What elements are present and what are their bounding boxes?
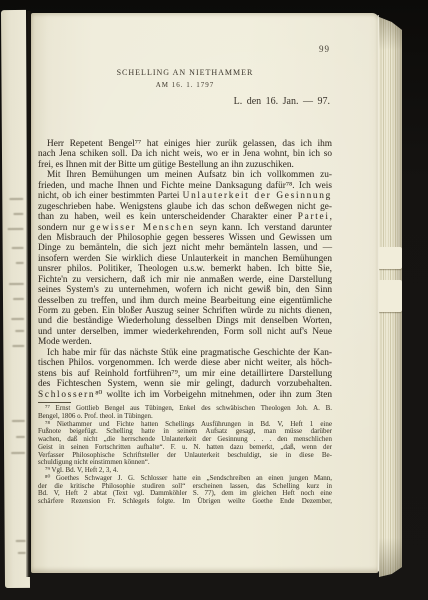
body-text-line: Herr Repetent Bengel⁷⁷ hat einiges hier … <box>38 139 332 149</box>
footnote-line: schärfere Rezension Fr. Schlegels folgte… <box>38 498 332 506</box>
body-text-line: zugeschrieben habe. Wenigstens glaube ic… <box>38 202 332 212</box>
fore-edge-page-stack <box>379 17 402 577</box>
body-text-line: den Misbrauch der Philosophie gegen bess… <box>38 233 332 243</box>
letter-heading: SCHELLING AN NIETHAMMER <box>38 68 332 77</box>
letterspaced-text: Schlossern <box>38 390 95 400</box>
body-text-line: stens bis auf Reinhold fortführen⁷⁹, um … <box>38 369 332 379</box>
letter-heading-date: AM 16. 1. 1797 <box>38 81 332 89</box>
letter-body: Herr Repetent Bengel⁷⁷ hat einiges hier … <box>38 139 332 400</box>
ghost-text-line <box>13 213 23 215</box>
body-text-line: seines System's zu unternehmen, wofern i… <box>38 285 332 295</box>
footnote-separator-rule <box>38 402 71 403</box>
ghost-text-line <box>12 420 25 422</box>
body-text-line: tischen Philos. vorgenommen. Ich werde d… <box>38 358 332 368</box>
body-text-line: und die beständige Wiederholung desselbe… <box>38 316 332 326</box>
body-text-line: desselben zu treffen, und ihm durch mein… <box>38 296 332 306</box>
page-number: 99 <box>319 44 330 54</box>
body-text-line: than zu haben, weil es kein unterscheide… <box>38 212 332 222</box>
ghost-text-line <box>11 452 25 454</box>
body-text-line: frei, es Ihnen mit der Bitte um gütige B… <box>38 160 332 170</box>
body-text-line: und unter derselben, immer wiederkehrend… <box>38 327 332 337</box>
body-text-line: Mode werden. <box>38 337 332 347</box>
ghost-text-line <box>16 436 25 438</box>
body-text-line: Form zu geben. Ein bloßer Auszug seiner … <box>38 306 332 316</box>
ghost-text-line <box>11 318 24 320</box>
ghost-text-line <box>12 247 24 249</box>
body-text-line: Schlossern⁸⁰ wollte ich im Vorbeigehn mi… <box>38 390 332 400</box>
body-text-line: unsrer philos. Politiker, Theologen u.s.… <box>38 264 332 274</box>
ghost-text-line <box>12 345 24 347</box>
ghost-text-line <box>16 540 26 542</box>
body-text-line: insofern werden Sie wirklich diese Unlau… <box>38 254 332 264</box>
ghost-text-line <box>16 262 24 264</box>
body-text-line: nach Jena schiken soll. Da ich nicht wei… <box>38 149 332 159</box>
fore-edge-tab <box>378 280 402 312</box>
letterspaced-text: gewisser Menschen <box>90 223 195 233</box>
body-text-line: nicht, ob ich einer bestimmten Partei Un… <box>38 191 332 201</box>
ghost-text-line <box>15 330 24 332</box>
body-text-line: des Fichteschen System, wenn sie mir gel… <box>38 379 332 389</box>
ghost-text-line <box>8 228 24 230</box>
book-scan: 99 SCHELLING AN NIETHAMMER AM 16. 1. 179… <box>0 0 428 600</box>
body-text-line: Ich habe mir für das nächste Stük eine p… <box>38 348 332 358</box>
ghost-text-line <box>9 198 23 200</box>
ghost-text-line <box>13 298 24 300</box>
body-text-line: Dinge zu bemänteln, die sich jezt nicht … <box>38 243 332 253</box>
letterspaced-text: Partei <box>298 212 330 222</box>
ghost-text-line <box>9 283 24 285</box>
body-text-line: Mit Ihren Bemühungen um meinen Aufsatz b… <box>38 170 332 180</box>
footnotes: ⁷⁷ Ernst Gottlieb Bengel aus Tübingen, E… <box>38 405 332 506</box>
letter-dateline: L. den 16. Jan. — 97. <box>234 96 330 107</box>
body-text-line: frieden, und mache Ihnen und Fichte mein… <box>38 181 332 191</box>
fore-edge-tab <box>378 247 402 269</box>
body-text-line: Fichte'n zu versichern, daß ich mir nie … <box>38 275 332 285</box>
letterspaced-text: Unlauterkeit der Gesinnung <box>183 191 332 201</box>
ghost-text-line <box>18 552 26 554</box>
page: 99 SCHELLING AN NIETHAMMER AM 16. 1. 179… <box>31 13 379 573</box>
body-text-line: sondern nur gewisser Menschen seyn kann.… <box>38 223 332 233</box>
